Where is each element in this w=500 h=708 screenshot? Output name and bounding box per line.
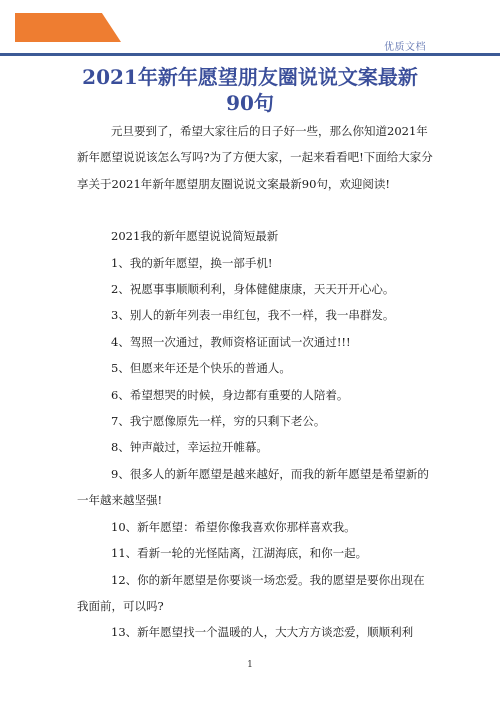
list-item: 6、希望想哭的时候，身边都有重要的人陪着。 — [77, 382, 433, 408]
list-item: 10、新年愿望：希望你像我喜欢你那样喜欢我。 — [77, 514, 433, 540]
document-body: 元旦要到了，希望大家往后的日子好一些，那么你知道2021年新年愿望说说该怎么写吗… — [77, 118, 433, 646]
list-item: 11、看新一轮的光怪陆离，江湖海底，和你一起。 — [77, 540, 433, 566]
list-item: 7、我宁愿像原先一样，穷的只剩下老公。 — [77, 408, 433, 434]
list-item: 5、但愿来年还是个快乐的普通人。 — [77, 355, 433, 381]
intro-paragraph: 元旦要到了，希望大家往后的日子好一些，那么你知道2021年新年愿望说说该怎么写吗… — [77, 118, 433, 197]
title-line-2: 90句 — [20, 90, 480, 116]
list-item: 1、我的新年愿望，换一部手机! — [77, 250, 433, 276]
list-item: 13、新年愿望找一个温暖的人，大大方方谈恋爱，顺顺利利 — [77, 619, 433, 645]
list-item: 8、钟声敲过，幸运拉开帷幕。 — [77, 434, 433, 460]
list-item: 12、你的新年愿望是你要谈一场恋爱。我的愿望是要你出现在我面前，可以吗? — [77, 567, 433, 620]
title-line-1: 2021年新年愿望朋友圈说说文案最新 — [20, 64, 480, 90]
spacer — [77, 197, 433, 223]
list-item: 9、很多人的新年愿望是越来越好，而我的新年愿望是希望新的一年越来越坚强! — [77, 461, 433, 514]
list-item: 4、驾照一次通过，教师资格证面试一次通过!!! — [77, 329, 433, 355]
header-divider — [0, 53, 500, 56]
list-item: 2、祝愿事事顺顺利利，身体健健康康，天天开开心心。 — [77, 276, 433, 302]
list-item: 3、别人的新年列表一串红包，我不一样，我一串群发。 — [77, 302, 433, 328]
header-orange-tab — [15, 13, 121, 42]
section-heading: 2021我的新年愿望说说简短最新 — [77, 223, 433, 249]
document-title: 2021年新年愿望朋友圈说说文案最新 90句 — [20, 64, 480, 116]
page-number: 1 — [0, 660, 500, 670]
brand-label: 优质文档 — [384, 38, 426, 53]
